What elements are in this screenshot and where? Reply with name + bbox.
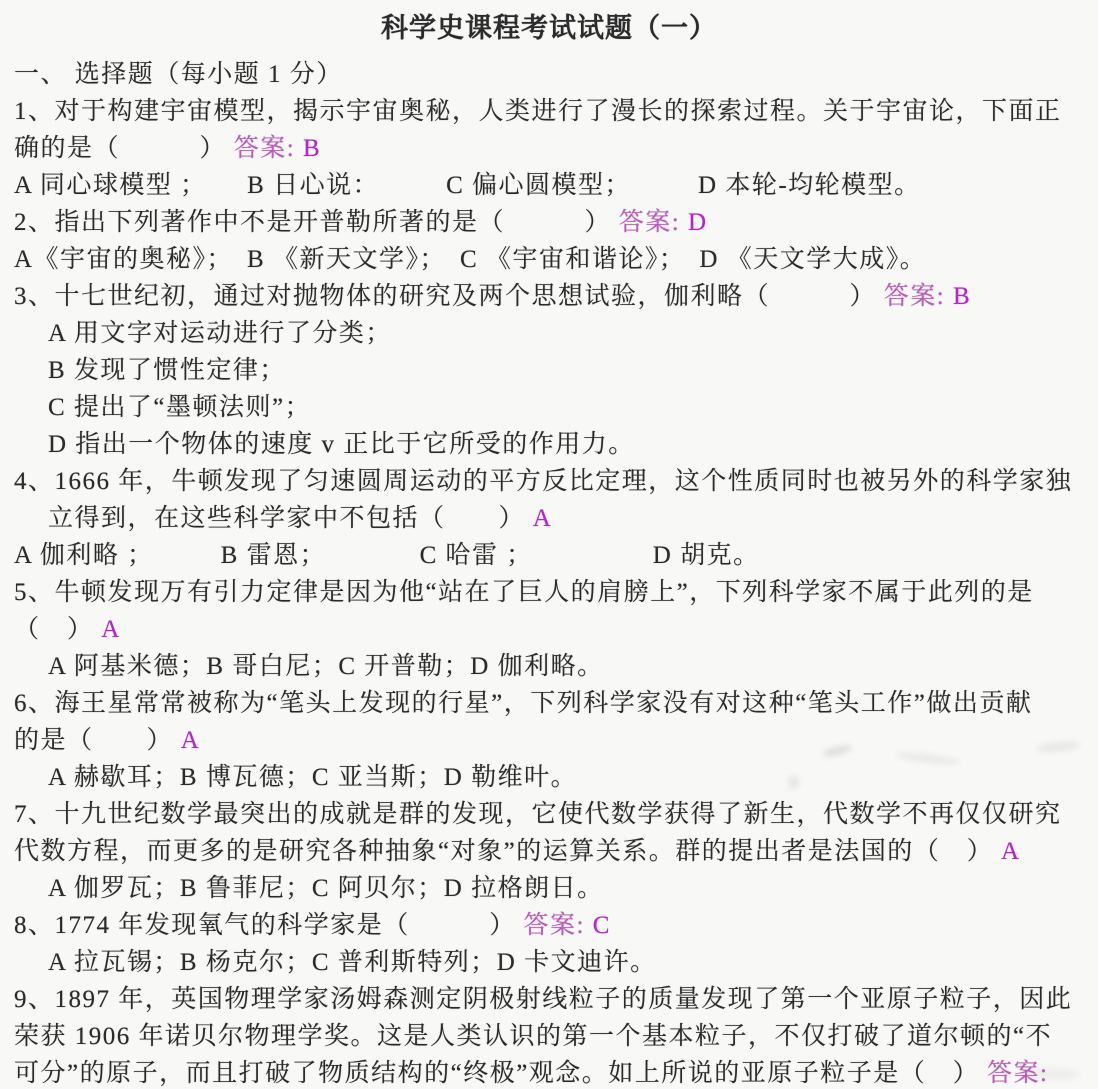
text-segment: 9、1897 年，英国物理学家汤姆森测定阴极射线粒子的质量发现了第一个亚原子粒子… <box>14 986 1072 1013</box>
exam-body: 一、 选择题（每小题 1 分）1、对于构建宇宙模型，揭示宇宙奥秘，人类进行了漫长… <box>0 56 1098 1089</box>
q3-option-b: B 发现了惯性定律； <box>14 352 1084 389</box>
q8-text: 8、1774 年发现氧气的科学家是（ ） 答案: C <box>14 907 1084 944</box>
text-segment: 立得到，在这些科学家中不包括（ ） <box>48 505 533 532</box>
answer-letter: C <box>593 912 611 939</box>
text-segment: C 提出了“墨顿法则”； <box>48 394 311 421</box>
q7-options: A 伽罗瓦；B 鲁菲尼；C 阿贝尔；D 拉格朗日。 <box>14 870 1084 907</box>
text-segment: 一、 选择题（每小题 1 分） <box>14 61 343 88</box>
text-segment: A 同心球模型 ； B 日心说： C 偏心圆模型； D 本轮-均轮模型。 <box>14 172 921 199</box>
q6-options: A 赫歇耳；B 博瓦德；C 亚当斯；D 勒维叶。 <box>14 759 1084 796</box>
section-heading: 一、 选择题（每小题 1 分） <box>14 56 1084 93</box>
q4-options: A 伽利略 ； B 雷恩； C 哈雷 ； D 胡克。 <box>14 537 1084 574</box>
scan-smudge <box>1024 1068 1080 1080</box>
text-segment: A 赫歇耳；B 博瓦德；C 亚当斯；D 勒维叶。 <box>48 764 577 791</box>
q2-text: 2、指出下列著作中不是开普勒所著的是（ ） 答案: D <box>14 204 1084 241</box>
text-segment: A 伽罗瓦；B 鲁菲尼；C 阿贝尔；D 拉格朗日。 <box>48 875 604 902</box>
answer-letter: A <box>101 616 121 643</box>
text-segment: 3、十七世纪初，通过对抛物体的研究及两个思想试验，伽利略（ ） <box>14 283 884 310</box>
answer-letter: A <box>1001 838 1021 865</box>
answer-label: 答案: <box>524 912 593 939</box>
answer-label: 答案: <box>234 135 303 162</box>
text-segment: A 伽利略 ； B 雷恩； C 哈雷 ； D 胡克。 <box>14 542 760 569</box>
q1-text-line-2: 确的是（ ） 答案: B <box>14 130 1084 167</box>
text-segment: 7、十九世纪数学最突出的成就是群的发现，它使代数学获得了新生，代数学不再仅仅研究 <box>14 801 1062 828</box>
q7-text-line-2: 代数方程，而更多的是研究各种抽象“对象”的运算关系。群的提出者是法国的（ ） A <box>14 833 1084 870</box>
q7-text-line-1: 7、十九世纪数学最突出的成就是群的发现，它使代数学获得了新生，代数学不再仅仅研究 <box>14 796 1084 833</box>
scan-smudge <box>788 776 799 789</box>
q5-text-line-1: 5、牛顿发现万有引力定律是因为他“站在了巨人的肩膀上”，下列科学家不属于此列的是 <box>14 574 1084 611</box>
q5-text-line-2: （ ） A <box>14 611 1084 648</box>
q4-text-line-1: 4、1666 年，牛顿发现了匀速圆周运动的平方反比定理，这个性质同时也被另外的科… <box>14 463 1084 500</box>
q2-options: A《宇宙的奥秘》； B 《新天文学》； C 《宇宙和谐论》； D 《天文学大成》… <box>14 241 1084 278</box>
text-segment: D 指出一个物体的速度 v 正比于它所受的作用力。 <box>48 431 635 458</box>
text-segment: 2、指出下列著作中不是开普勒所著的是（ ） <box>14 209 619 236</box>
page-title: 科学史课程考试试题（一） <box>0 0 1098 48</box>
text-segment: A《宇宙的奥秘》； B 《新天文学》； C 《宇宙和谐论》； D 《天文学大成》… <box>14 246 926 273</box>
q6-text-line-1: 6、海王星常常被称为“笔头上发现的行星”，下列科学家没有对这种“笔头工作”做出贡… <box>14 685 1084 722</box>
text-segment: 荣获 1906 年诺贝尔物理学奖。这是人类认识的第一个基本粒子，不仅打破了道尔顿… <box>14 1023 1052 1050</box>
q5-options: A 阿基米德；B 哥白尼；C 开普勒；D 伽利略。 <box>14 648 1084 685</box>
answer-label: 答案: <box>884 283 953 310</box>
q9-text-line-2: 荣获 1906 年诺贝尔物理学奖。这是人类认识的第一个基本粒子，不仅打破了道尔顿… <box>14 1018 1084 1055</box>
text-segment: 的是（ ） <box>14 727 181 754</box>
text-segment: B 发现了惯性定律； <box>48 357 286 384</box>
q1-options: A 同心球模型 ； B 日心说： C 偏心圆模型； D 本轮-均轮模型。 <box>14 167 1084 204</box>
q3-option-c: C 提出了“墨顿法则”； <box>14 389 1084 426</box>
answer-letter: B <box>953 283 971 310</box>
exam-page: 科学史课程考试试题（一） 一、 选择题（每小题 1 分）1、对于构建宇宙模型，揭… <box>0 0 1098 1089</box>
text-segment: 可分”的原子，而且打破了物质结构的“终极”观念。如上所说的亚原子粒子是（ ） <box>14 1060 987 1087</box>
answer-letter: D <box>688 209 708 236</box>
q3-option-a: A 用文字对运动进行了分类； <box>14 315 1084 352</box>
q9-text-line-1: 9、1897 年，英国物理学家汤姆森测定阴极射线粒子的质量发现了第一个亚原子粒子… <box>14 981 1084 1018</box>
text-segment: A 拉瓦锡；B 杨克尔；C 普利斯特列；D 卡文迪许。 <box>48 949 657 976</box>
q3-option-d: D 指出一个物体的速度 v 正比于它所受的作用力。 <box>14 426 1084 463</box>
text-segment: 1、对于构建宇宙模型，揭示宇宙奥秘，人类进行了漫长的探索过程。关于宇宙论，下面正 <box>14 98 1062 125</box>
text-segment: A 阿基米德；B 哥白尼；C 开普勒；D 伽利略。 <box>48 653 604 680</box>
text-segment: 5、牛顿发现万有引力定律是因为他“站在了巨人的肩膀上”，下列科学家不属于此列的是 <box>14 579 1034 606</box>
q9-text-line-3: 可分”的原子，而且打破了物质结构的“终极”观念。如上所说的亚原子粒子是（ ） 答… <box>14 1055 1084 1089</box>
text-segment: 代数方程，而更多的是研究各种抽象“对象”的运算关系。群的提出者是法国的（ ） <box>14 838 1001 865</box>
text-segment: 4、1666 年，牛顿发现了匀速圆周运动的平方反比定理，这个性质同时也被另外的科… <box>14 468 1072 495</box>
text-segment: 确的是（ ） <box>14 135 234 162</box>
q8-options: A 拉瓦锡；B 杨克尔；C 普利斯特列；D 卡文迪许。 <box>14 944 1084 981</box>
answer-letter: B <box>303 135 321 162</box>
answer-letter: A <box>181 727 201 754</box>
answer-label: 答案: <box>619 209 688 236</box>
q3-text: 3、十七世纪初，通过对抛物体的研究及两个思想试验，伽利略（ ） 答案: B <box>14 278 1084 315</box>
answer-letter: A <box>533 505 553 532</box>
text-segment: 6、海王星常常被称为“笔头上发现的行星”，下列科学家没有对这种“笔头工作”做出贡… <box>14 690 1032 717</box>
q1-text-line-1: 1、对于构建宇宙模型，揭示宇宙奥秘，人类进行了漫长的探索过程。关于宇宙论，下面正 <box>14 93 1084 130</box>
q4-text-line-2: 立得到，在这些科学家中不包括（ ） A <box>14 500 1084 537</box>
text-segment: A 用文字对运动进行了分类； <box>48 320 392 347</box>
text-segment: （ ） <box>14 616 101 643</box>
text-segment: 8、1774 年发现氧气的科学家是（ ） <box>14 912 524 939</box>
